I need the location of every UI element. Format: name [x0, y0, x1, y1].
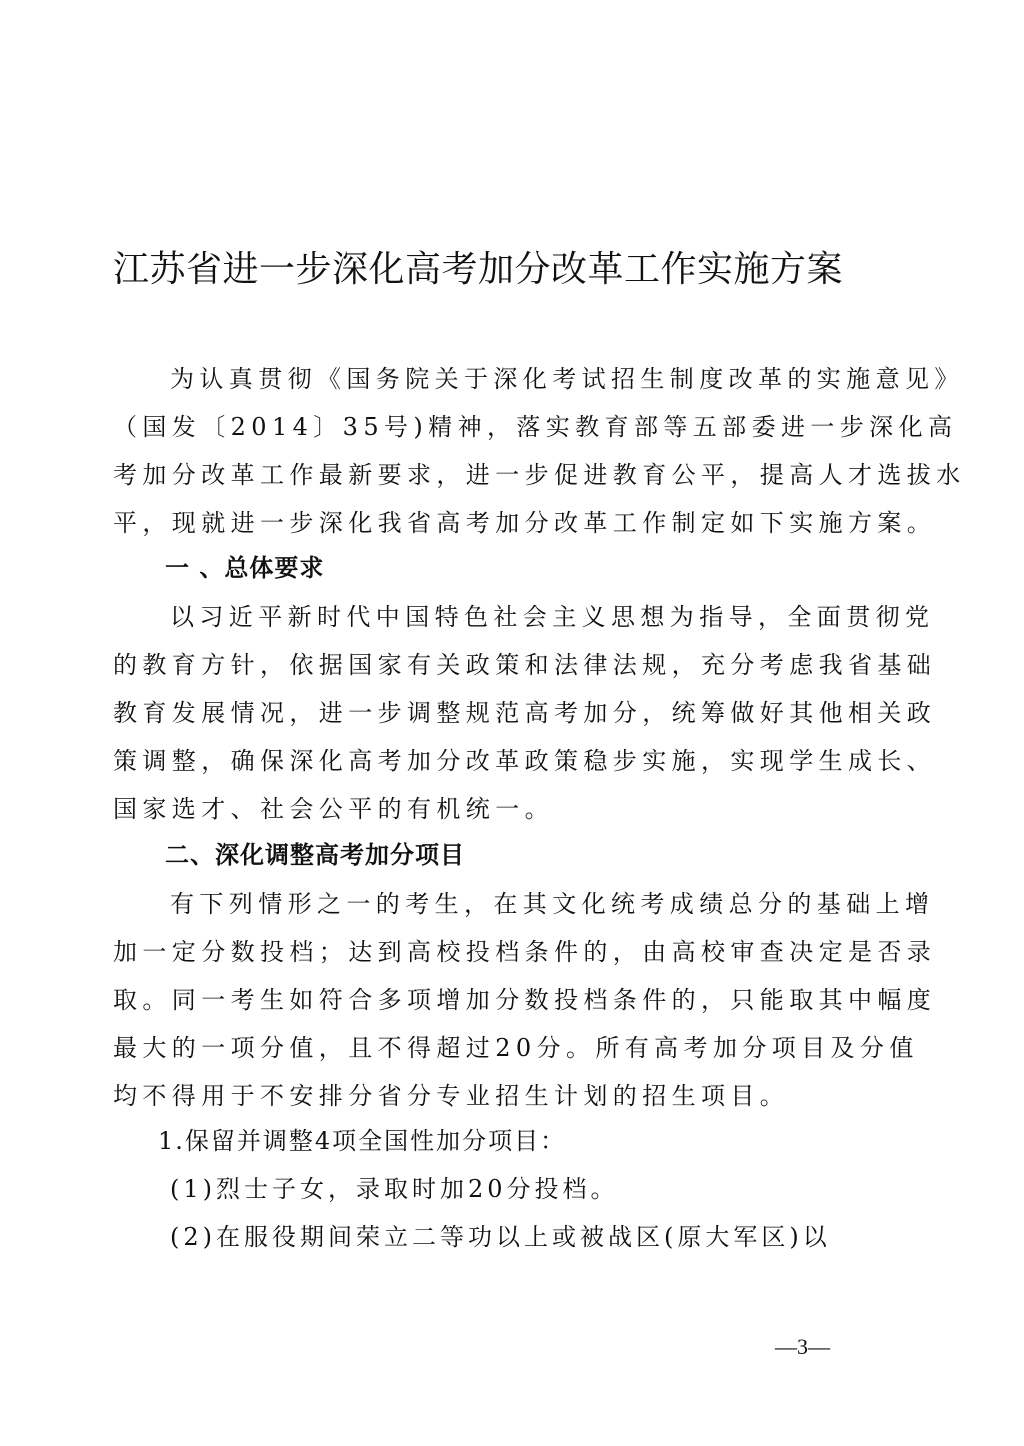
- paragraph-line: 策调整，确保深化高考加分改革政策稳步实施，实现学生成长、: [113, 744, 883, 778]
- paragraph-line: 加一定分数投档；达到高校投档条件的，由高校审查决定是否录: [113, 935, 883, 969]
- paragraph-line: 有下列情形之一的考生，在其文化统考成绩总分的基础上增: [170, 887, 940, 921]
- list-item: (2)在服役期间荣立二等功以上或被战区(原大军区)以: [170, 1220, 940, 1254]
- paragraph-line: 均不得用于不安排分省分专业招生计划的招生项目。: [113, 1079, 883, 1113]
- section-heading-general-requirements: 一 、总体要求: [165, 551, 324, 585]
- paragraph-line: 以习近平新时代中国特色社会主义思想为指导，全面贯彻党: [170, 600, 940, 634]
- paragraph-line: 取。同一考生如符合多项增加分数投档条件的，只能取其中幅度: [113, 983, 883, 1017]
- subsection-heading-national-bonus: 1.保留并调整4项全国性加分项目：: [158, 1124, 928, 1158]
- document-title: 江苏省进一步深化高考加分改革工作实施方案: [113, 240, 913, 300]
- paragraph-line: 考加分改革工作最新要求，进一步促进教育公平，提高人才选拔水: [113, 458, 883, 492]
- paragraph-line: 最大的一项分值，且不得超过20分。所有高考加分项目及分值: [113, 1031, 883, 1065]
- paragraph-line: 国家选才、社会公平的有机统一。: [113, 792, 883, 826]
- paragraph-line: 教育发展情况，进一步调整规范高考加分，统筹做好其他相关政: [113, 696, 883, 730]
- list-item: (1)烈士子女，录取时加20分投档。: [170, 1172, 940, 1206]
- document-page: 江苏省进一步深化高考加分改革工作实施方案 为认真贯彻《国务院关于深化考试招生制度…: [0, 0, 1024, 1446]
- paragraph-line: （国发〔2014〕35号)精神，落实教育部等五部委进一步深化高: [113, 410, 883, 444]
- page-number: —3—: [775, 1334, 830, 1360]
- section-heading-bonus-items: 二、深化调整高考加分项目: [165, 838, 465, 872]
- paragraph-line: 为认真贯彻《国务院关于深化考试招生制度改革的实施意见》: [170, 362, 940, 396]
- paragraph-line: 平，现就进一步深化我省高考加分改革工作制定如下实施方案。: [113, 506, 883, 540]
- paragraph-line: 的教育方针，依据国家有关政策和法律法规，充分考虑我省基础: [113, 648, 883, 682]
